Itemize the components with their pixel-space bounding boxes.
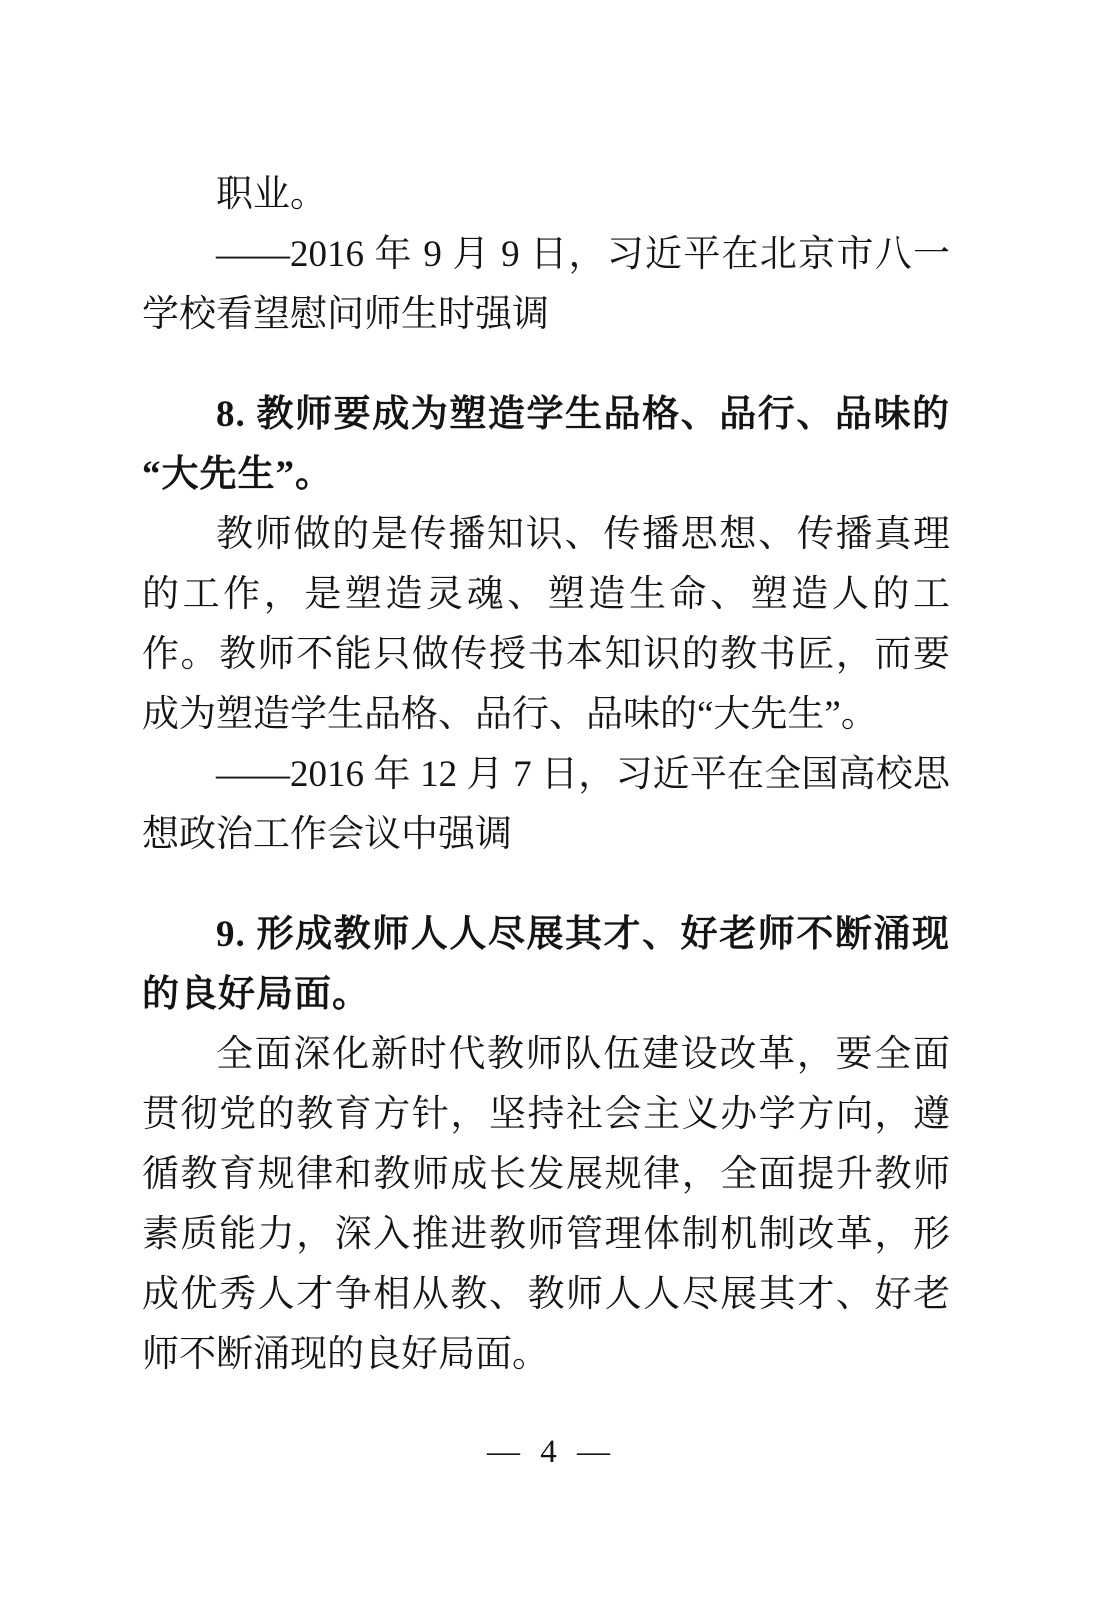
section-9-body: 全面深化新时代教师队伍建设改革，要全面贯彻党的教育方针，坚持社会主义办学方向，遵…: [142, 1025, 950, 1385]
attribution-byline-2: ——2016 年 12 月 7 日，习近平在全国高校思想政治工作会议中强调: [142, 745, 950, 865]
document-page: 职业。 ——2016 年 9 月 9 日，习近平在北京市八一学校看望慰问师生时强…: [0, 0, 1103, 1599]
page-number: — 4 —: [0, 1432, 1103, 1472]
section-8-heading: 8. 教师要成为塑造学生品格、品行、品味的“大先生”。: [142, 385, 950, 505]
section-9-heading: 9. 形成教师人人尽展其才、好老师不断涌现的良好局面。: [142, 905, 950, 1025]
carryover-paragraph-end: 职业。: [142, 165, 950, 225]
attribution-byline-1: ——2016 年 9 月 9 日，习近平在北京市八一学校看望慰问师生时强调: [142, 225, 950, 345]
section-8-body: 教师做的是传播知识、传播思想、传播真理的工作，是塑造灵魂、塑造生命、塑造人的工作…: [142, 505, 950, 745]
